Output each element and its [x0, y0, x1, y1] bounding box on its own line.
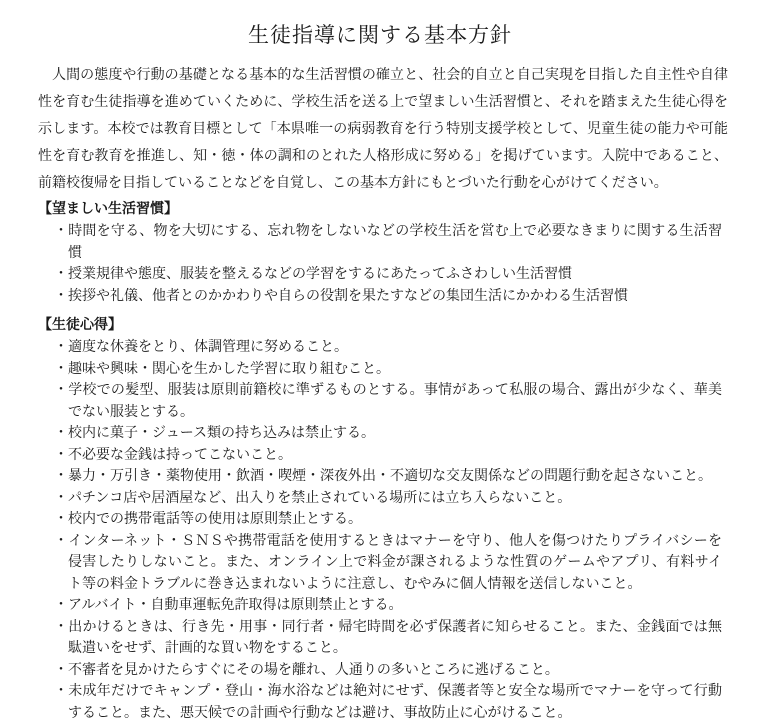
list-item-text: 暴力・万引き・薬物使用・飲酒・喫煙・深夜外出・不適切な交友関係などの問題行動を起… [68, 469, 712, 484]
list-item: ・時間を守る、物を大切にする、忘れ物をしないなどの学校生活を営む上で必要なきまり… [38, 221, 722, 264]
bullet-marker: ・ [54, 380, 68, 402]
bullet-marker: ・ [54, 509, 68, 531]
bullet-marker: ・ [54, 337, 68, 359]
list-item: ・学校での髪型、服装は原則前籍校に準ずるものとする。事情があって私服の場合、露出… [38, 380, 722, 423]
section-heading: 【望ましい生活習慣】 [38, 199, 722, 221]
list-item: ・校内での携帯電話等の使用は原則禁止とする。 [38, 509, 722, 531]
list-item-text: パチンコ店や居酒屋など、出入りを禁止されている場所には立ち入らないこと。 [68, 491, 571, 506]
list-item-text: 未成年だけでキャンプ・登山・海水浴などは絶対にせず、保護者等と安全な場所でマナー… [68, 684, 722, 721]
section-heading: 【生徒心得】 [38, 315, 722, 337]
bullet-marker: ・ [54, 423, 68, 445]
list-item: ・挨拶や礼儀、他者とのかかわりや自らの役割を果たすなどの集団生活にかかわる生活習… [38, 286, 722, 308]
list-item: ・インターネット・ＳＮＳや携帯電話を使用するときはマナーを守り、他人を傷つけたり… [38, 531, 722, 596]
list-item-text: 校内に菓子・ジュース類の持ち込みは禁止する。 [68, 426, 375, 441]
list-item: ・不審者を見かけたらすぐにその場を離れ、人通りの多いところに逃げること。 [38, 660, 722, 682]
page-title: 生徒指導に関する基本方針 [38, 20, 722, 50]
document-page: 生徒指導に関する基本方針 人間の態度や行動の基礎となる基本的な生活習慣の確立と、… [0, 0, 760, 728]
intro-paragraph: 人間の態度や行動の基礎となる基本的な生活習慣の確立と、社会的自立と自己実現を目指… [38, 62, 728, 197]
list-item-text: 挨拶や礼儀、他者とのかかわりや自らの役割を果たすなどの集団生活にかかわる生活習慣 [68, 289, 628, 304]
bullet-marker: ・ [54, 445, 68, 467]
list-item-text: 不審者を見かけたらすぐにその場を離れ、人通りの多いところに逃げること。 [68, 663, 559, 678]
list-item: ・暴力・万引き・薬物使用・飲酒・喫煙・深夜外出・不適切な交友関係などの問題行動を… [38, 466, 722, 488]
bullet-marker: ・ [54, 359, 68, 381]
bullet-marker: ・ [54, 221, 68, 243]
list-item: ・出かけるときは、行き先・用事・同行者・帰宅時間を必ず保護者に知らせること。また… [38, 617, 722, 660]
list-item-text: 時間を守る、物を大切にする、忘れ物をしないなどの学校生活を営む上で必要なきまりに… [68, 224, 722, 261]
list-item: ・校内に菓子・ジュース類の持ち込みは禁止する。 [38, 423, 722, 445]
bullet-marker: ・ [54, 660, 68, 682]
list-item-text: アルバイト・自動車運転免許取得は原則禁止とする。 [68, 598, 402, 613]
section-student-rules: 【生徒心得】 ・適度な休養をとり、体調管理に努めること。 ・趣味や興味・関心を生… [38, 315, 722, 724]
list-item: ・授業規律や態度、服装を整えるなどの学習をするにあたってふさわしい生活習慣 [38, 264, 722, 286]
bullet-marker: ・ [54, 681, 68, 703]
bullet-marker: ・ [54, 488, 68, 510]
bullet-marker: ・ [54, 264, 68, 286]
list-item: ・アルバイト・自動車運転免許取得は原則禁止とする。 [38, 595, 722, 617]
list-item-text: 学校での髪型、服装は原則前籍校に準ずるものとする。事情があって私服の場合、露出が… [68, 383, 722, 420]
bullet-marker: ・ [54, 617, 68, 639]
list-item: ・不必要な金銭は持ってこないこと。 [38, 445, 722, 467]
list-item-text: 校内での携帯電話等の使用は原則禁止とする。 [68, 512, 362, 527]
bullet-marker: ・ [54, 531, 68, 553]
list-item-text: インターネット・ＳＮＳや携帯電話を使用するときはマナーを守り、他人を傷つけたりプ… [68, 534, 722, 592]
bullet-marker: ・ [54, 466, 68, 488]
list-item: ・未成年だけでキャンプ・登山・海水浴などは絶対にせず、保護者等と安全な場所でマナ… [38, 681, 722, 724]
bullet-marker: ・ [54, 595, 68, 617]
list-item: ・適度な休養をとり、体調管理に努めること。 [38, 337, 722, 359]
list-item-text: 授業規律や態度、服装を整えるなどの学習をするにあたってふさわしい生活習慣 [68, 267, 572, 282]
list-item: ・パチンコ店や居酒屋など、出入りを禁止されている場所には立ち入らないこと。 [38, 488, 722, 510]
list-item-text: 適度な休養をとり、体調管理に努めること。 [68, 340, 348, 355]
section-desirable-habits: 【望ましい生活習慣】 ・時間を守る、物を大切にする、忘れ物をしないなどの学校生活… [38, 199, 722, 307]
list-item-text: 趣味や興味・関心を生かした学習に取り組むこと。 [68, 362, 390, 377]
list-item-text: 不必要な金銭は持ってこないこと。 [68, 448, 292, 463]
list-item-text: 出かけるときは、行き先・用事・同行者・帰宅時間を必ず保護者に知らせること。また、… [68, 620, 722, 657]
bullet-marker: ・ [54, 286, 68, 308]
list-item: ・趣味や興味・関心を生かした学習に取り組むこと。 [38, 359, 722, 381]
